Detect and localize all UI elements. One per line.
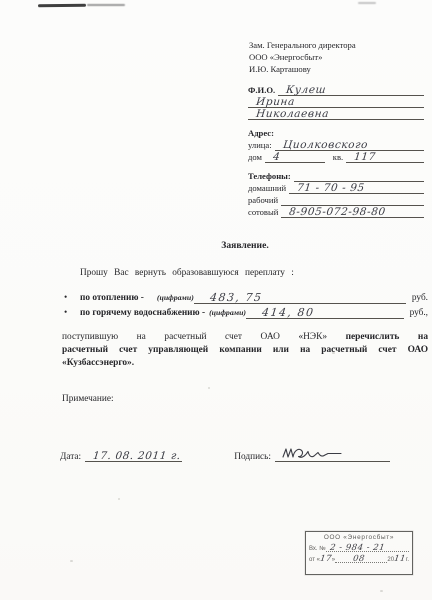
statement-body: Заявление. Прошу Вас вернуть образовавшу… (62, 240, 428, 404)
fio-patronymic-value: Николаевна (255, 109, 329, 120)
signing-row: Дата: 17. 08. 2011 г. Подпись: (60, 449, 390, 462)
stamp-year-value: 11 (393, 554, 406, 564)
applicant-block: Ф.И.О. Кулеш Ирина Николаевна Адрес: ули… (248, 85, 424, 219)
date-field: 17. 08. 2011 г. (85, 449, 182, 462)
work-phone-field (281, 195, 424, 206)
fio-name-field: Ирина (248, 97, 424, 108)
stamp-reg-label: Вх. № (309, 546, 326, 552)
signature-label: Подпись: (234, 452, 275, 462)
statement-title: Заявление. (62, 240, 428, 251)
stamp-month-field: 08 (335, 553, 387, 563)
fio-patronymic-field: Николаевна (248, 109, 424, 120)
scan-smudge (87, 4, 125, 6)
stamp-reg-value: 2 - 984 - 21 (329, 543, 385, 553)
fio-surname-field: Кулеш (278, 85, 424, 96)
cell-phone-field: 8-905-072-98-80 (281, 207, 424, 218)
apt-label: кв. (325, 152, 346, 163)
signature-scribble (281, 446, 355, 461)
house-field: 4 (265, 152, 325, 163)
recipient-block: Зам. Генерального директора ООО «Энергос… (249, 39, 424, 75)
heating-digits-label: (цифрами) (157, 292, 194, 304)
paragraph-line: «Кузбассэнерго». (62, 357, 428, 370)
cell-phone-value: 8-905-072-98-80 (289, 207, 387, 218)
house-label: дом (248, 152, 265, 163)
street-row: улица: Циолковского (248, 140, 424, 151)
overpayment-item-heating: • по отоплению - (цифрами) 483, 75 руб. (62, 292, 428, 304)
date-value: 17. 08. 2011 г. (92, 450, 181, 462)
stamp-reg-field: 2 - 984 - 21 (326, 542, 409, 552)
street-value: Циолковского (282, 140, 368, 151)
work-phone-label: рабочий (248, 195, 281, 206)
work-phone-row: рабочий (248, 195, 424, 206)
recipient-line: И.Ю. Карташову (249, 63, 424, 75)
scanned-application-page: Зам. Генерального директора ООО «Энергос… (0, 0, 432, 600)
phones-label: Телефоны: (248, 171, 294, 182)
incoming-stamp: ООО «Энергосбыт» Вх. № 2 - 984 - 21 от «… (305, 531, 413, 575)
stamp-reg-row: Вх. № 2 - 984 - 21 (309, 542, 409, 552)
paragraph-line: поступившую на расчетный счет ОАО «НЭК» … (62, 331, 428, 344)
hot-water-amount-value: 414, 80 (261, 307, 315, 319)
cell-phone-row: сотовый 8-905-072-98-80 (248, 207, 424, 218)
scan-noise (380, 590, 383, 592)
apt-field: 117 (346, 152, 424, 163)
hot-water-label: по горячему водоснабжению - (80, 307, 205, 319)
cell-phone-label: сотовый (248, 207, 281, 218)
statement-paragraph: поступившую на расчетный счет ОАО «НЭК» … (62, 331, 428, 370)
fio-row: Ирина (248, 97, 424, 108)
address-header-row: Адрес: (248, 128, 424, 139)
heating-label: по отоплению - (80, 292, 144, 304)
house-value: 4 (272, 152, 280, 163)
paragraph-line: расчетный счет управляющей компании или … (62, 344, 428, 357)
hot-water-digits-label: (цифрами) (209, 307, 246, 319)
recipient-line: ООО «Энергосбыт» (249, 51, 424, 63)
fio-name-value: Ирина (255, 97, 295, 108)
fio-row: Николаевна (248, 109, 424, 120)
paragraph-text-bold: перечислить на (346, 332, 428, 342)
stamp-day-value: 17 (319, 554, 332, 564)
house-row: дом 4 кв. 117 (248, 152, 424, 163)
fio-row: Ф.И.О. Кулеш (248, 85, 424, 96)
address-label: Адрес: (248, 128, 277, 139)
hot-water-amount-field: 414, 80 (246, 308, 404, 319)
home-phone-label: домашний (248, 183, 289, 194)
heating-unit: руб. (412, 292, 428, 304)
home-phone-field: 71 - 70 - 95 (289, 183, 424, 194)
phones-header-row: Телефоны: (248, 171, 424, 182)
date-label: Дата: (60, 452, 85, 462)
home-phone-value: 71 - 70 - 95 (297, 183, 366, 194)
note-label: Примечание: (62, 394, 428, 404)
scan-noise (118, 498, 120, 500)
street-label: улица: (248, 140, 275, 151)
fio-label: Ф.И.О. (248, 85, 278, 96)
stamp-from-label: от « (309, 557, 320, 563)
heating-amount-field: 483, 75 (194, 293, 406, 304)
scan-smudge (38, 4, 86, 8)
bullet-icon: • (62, 292, 80, 304)
stamp-month-value: 08 (352, 554, 365, 564)
signature-field (275, 449, 390, 462)
scan-noise (70, 560, 73, 562)
home-phone-row: домашний 71 - 70 - 95 (248, 183, 424, 194)
bullet-icon: • (62, 307, 80, 319)
fio-surname-value: Кулеш (286, 85, 327, 96)
statement-intro: Прошу Вас вернуть образовавшуюся перепла… (62, 268, 428, 278)
recipient-line: Зам. Генерального директора (249, 39, 424, 51)
stamp-date-row: от « 17 » 08 20 11 г. (309, 553, 409, 563)
stamp-year-suffix: г. (406, 557, 409, 563)
phones-header-line (294, 171, 424, 182)
street-field: Циолковского (275, 140, 424, 151)
heating-amount-value: 483, 75 (209, 292, 263, 304)
overpayment-item-hot-water: • по горячему водоснабжению - (цифрами) … (62, 307, 428, 319)
scan-smudge (358, 2, 376, 4)
org-name-nek: ОАО «НЭК» (261, 332, 328, 342)
hot-water-unit: руб., (410, 307, 428, 319)
stamp-org-name: ООО «Энергосбыт» (309, 534, 409, 541)
apt-value: 117 (354, 152, 377, 163)
paragraph-text: поступившую на расчетный счет (62, 332, 242, 342)
